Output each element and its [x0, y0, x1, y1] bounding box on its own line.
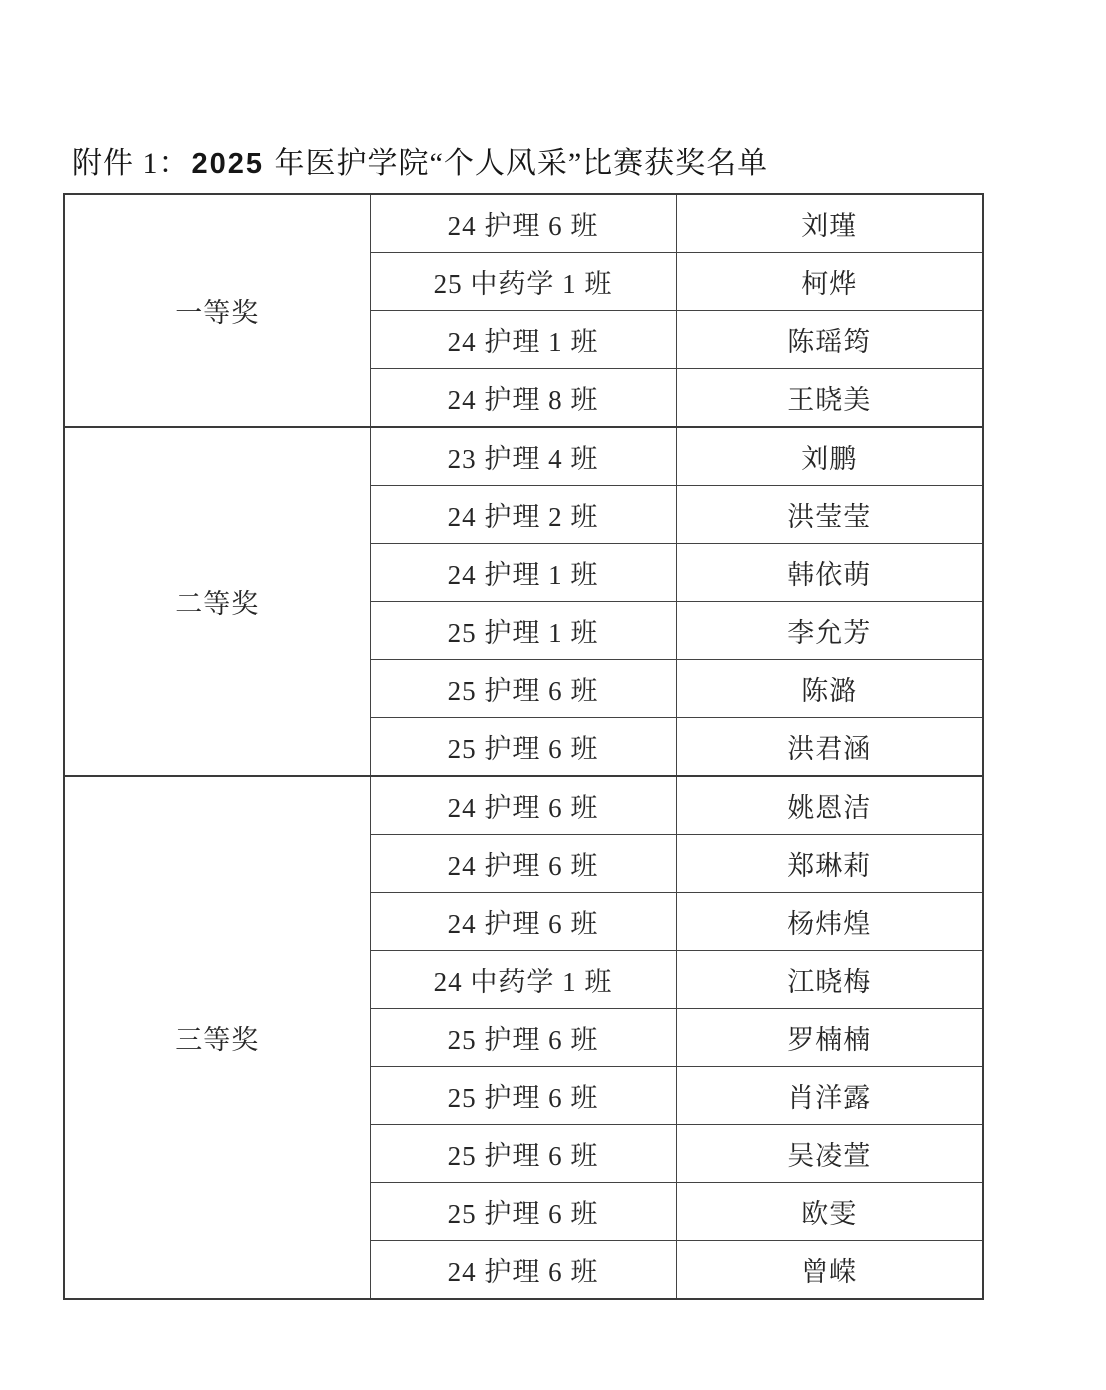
winner-name-cell: 江晓梅: [676, 951, 983, 1009]
winner-name-cell: 陈瑶筠: [676, 311, 983, 369]
class-name-cell: 24 护理 6 班: [370, 1241, 676, 1300]
winner-name-cell: 陈潞: [676, 660, 983, 718]
winner-name-cell: 刘鹏: [676, 427, 983, 486]
winner-name-cell: 李允芳: [676, 602, 983, 660]
winner-name-cell: 曾嵘: [676, 1241, 983, 1300]
page-title: 附件 1：2025 年医护学院“个人风采”比赛获奖名单: [72, 138, 768, 182]
winner-name-cell: 韩依萌: [676, 544, 983, 602]
winner-name-cell: 罗楠楠: [676, 1009, 983, 1067]
class-name-cell: 25 中药学 1 班: [370, 253, 676, 311]
page-title-year: 2025: [190, 148, 267, 180]
class-name-cell: 24 中药学 1 班: [370, 951, 676, 1009]
class-name-cell: 24 护理 1 班: [370, 311, 676, 369]
winner-name-cell: 姚恩洁: [676, 776, 983, 835]
class-name-cell: 25 护理 6 班: [370, 1183, 676, 1241]
winner-name-cell: 柯烨: [676, 253, 983, 311]
class-name-cell: 24 护理 6 班: [370, 776, 676, 835]
winner-name-cell: 吴凌萱: [676, 1125, 983, 1183]
awards-table-body: 一等奖24 护理 6 班刘瑾25 中药学 1 班柯烨24 护理 1 班陈瑶筠24…: [64, 194, 983, 1299]
class-name-cell: 24 护理 8 班: [370, 369, 676, 428]
class-name-cell: 24 护理 6 班: [370, 835, 676, 893]
awards-table: 一等奖24 护理 6 班刘瑾25 中药学 1 班柯烨24 护理 1 班陈瑶筠24…: [63, 193, 984, 1300]
table-row: 二等奖23 护理 4 班刘鹏: [64, 427, 983, 486]
winner-name-cell: 洪莹莹: [676, 486, 983, 544]
class-name-cell: 24 护理 6 班: [370, 893, 676, 951]
class-name-cell: 23 护理 4 班: [370, 427, 676, 486]
winner-name-cell: 郑琳莉: [676, 835, 983, 893]
winner-name-cell: 杨炜煌: [676, 893, 983, 951]
class-name-cell: 24 护理 1 班: [370, 544, 676, 602]
class-name-cell: 25 护理 6 班: [370, 718, 676, 777]
page-title-suffix: 年医护学院“个人风采”比赛获奖名单: [266, 147, 768, 180]
winner-name-cell: 刘瑾: [676, 194, 983, 253]
class-name-cell: 25 护理 6 班: [370, 1125, 676, 1183]
winner-name-cell: 洪君涵: [676, 718, 983, 777]
table-row: 一等奖24 护理 6 班刘瑾: [64, 194, 983, 253]
award-level-cell: 三等奖: [64, 776, 370, 1299]
document-page: 附件 1：2025 年医护学院“个人风采”比赛获奖名单 一等奖24 护理 6 班…: [0, 0, 1106, 1390]
winner-name-cell: 肖洋露: [676, 1067, 983, 1125]
class-name-cell: 25 护理 6 班: [370, 1067, 676, 1125]
class-name-cell: 24 护理 6 班: [370, 194, 676, 253]
class-name-cell: 24 护理 2 班: [370, 486, 676, 544]
class-name-cell: 25 护理 6 班: [370, 1009, 676, 1067]
class-name-cell: 25 护理 6 班: [370, 660, 676, 718]
award-level-cell: 一等奖: [64, 194, 370, 427]
class-name-cell: 25 护理 1 班: [370, 602, 676, 660]
winner-name-cell: 欧雯: [676, 1183, 983, 1241]
table-row: 三等奖24 护理 6 班姚恩洁: [64, 776, 983, 835]
winner-name-cell: 王晓美: [676, 369, 983, 428]
page-title-prefix: 附件 1：: [72, 147, 190, 180]
award-level-cell: 二等奖: [64, 427, 370, 776]
